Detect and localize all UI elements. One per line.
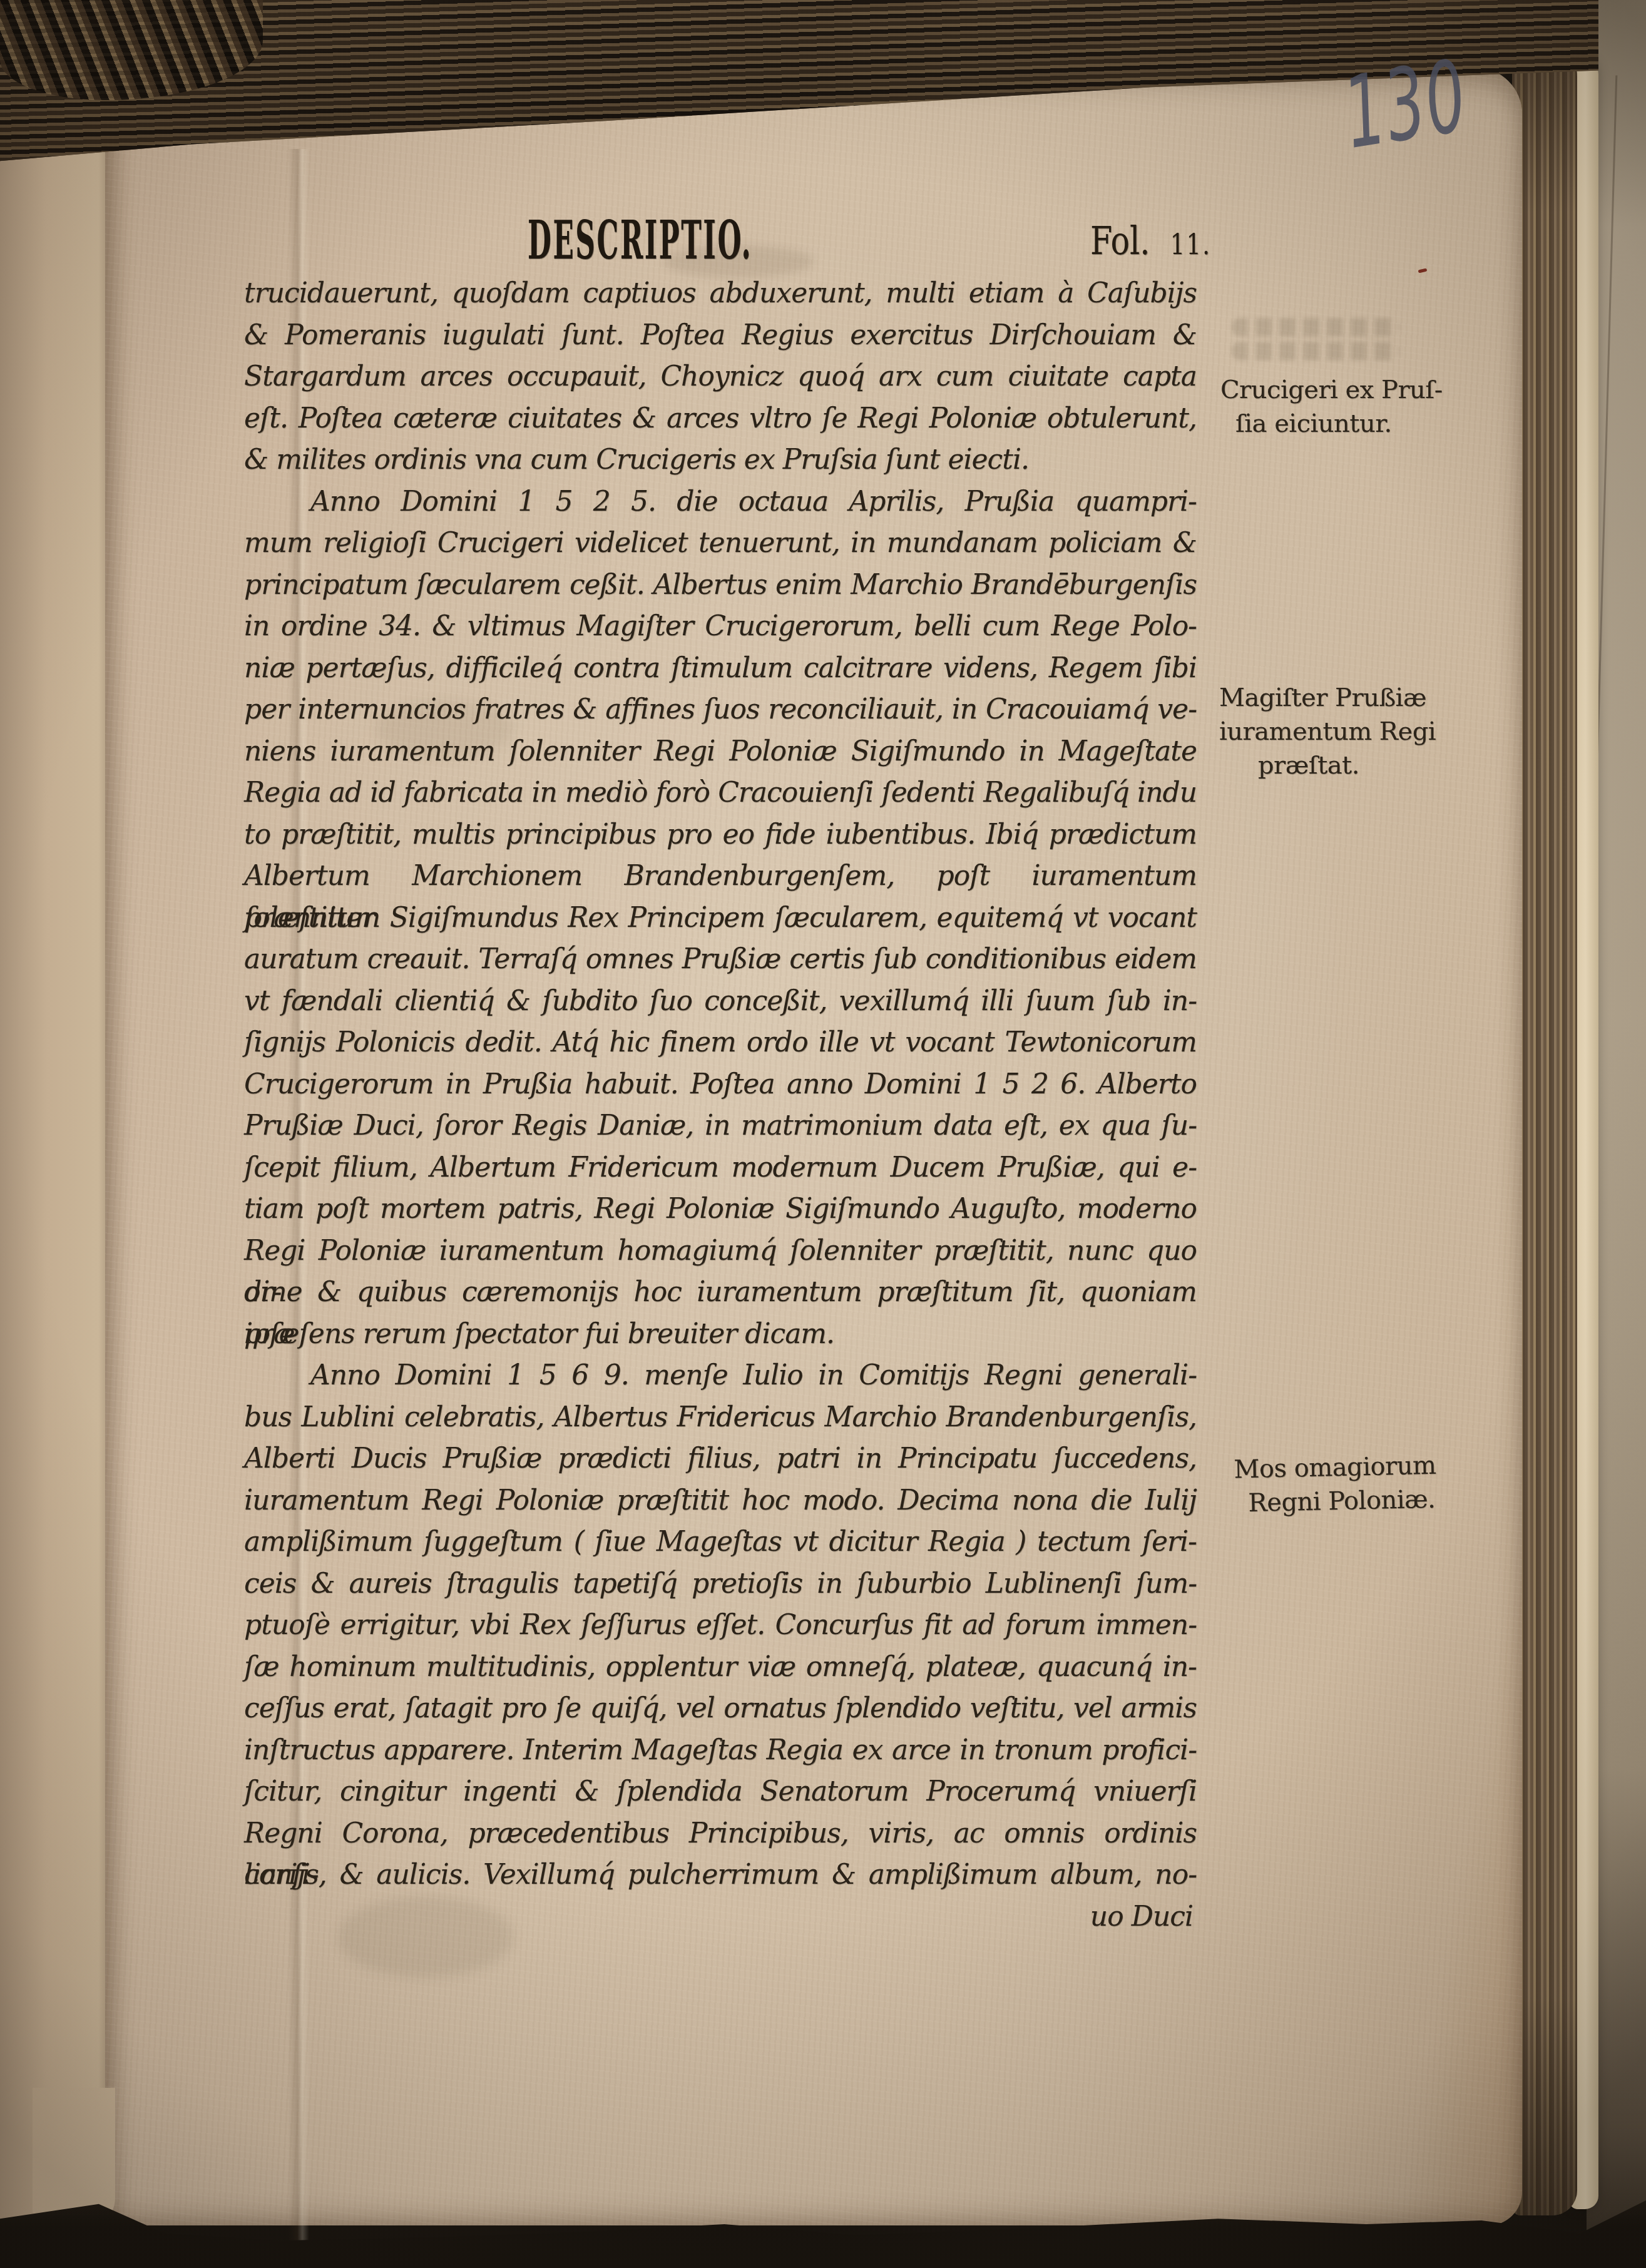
folio-number: Fol. 11. [1090,218,1211,263]
text-line: liarijs, & aulicis. Vexillumq́ pulcherri… [244,1854,1197,1896]
folio-value: 11. [1170,228,1212,261]
text-line: ſcitur, cingitur ingenti & ſplendida Sen… [244,1771,1197,1813]
show-through-ghost-text [1232,313,1399,378]
main-text: trucidauerunt, quoſdam captiuos abduxeru… [244,273,1197,1938]
text-line: & Pomeranis iugulati ſunt. Poſtea Regius… [244,315,1197,357]
margin-note-3: Mos omagiorumRegni Poloniæ. [1234,1449,1441,1521]
text-line: ceſſus erat, ſatagit pro ſe quiſq́, vel … [244,1688,1197,1730]
margin-note-line: Mos omagiorum [1234,1449,1441,1487]
text-line: Regi Poloniæ iuramentum homagiumq́ ſolen… [244,1230,1197,1272]
text-line: ſignijs Polonicis dedit. Atq́ hic finem … [244,1022,1197,1064]
margin-note-line: Regni Poloniæ. [1248,1483,1441,1520]
text-line: inſtructus apparere. Interim Mageſtas Re… [244,1730,1197,1772]
margin-note-line: Magiſter Prußiæ [1219,681,1426,715]
folio-label: Fol. [1090,218,1150,263]
text-line: eſt. Poſtea cæteræ ciuitates & arces vlt… [244,398,1197,440]
text-line: uo Duci [244,1896,1197,1938]
text-line: bus Lublini celebratis, Albertus Frideri… [244,1397,1197,1439]
margin-note-line: Crucigeri ex Pruſ- [1220,373,1427,407]
text-line: ptuoſè errigitur, vbi Rex ſeſſurus eſſet… [244,1605,1197,1647]
text-line: & milites ordinis vna cum Crucigeris ex … [244,439,1197,481]
text-line: iuramentum Regi Poloniæ præſtitit hoc mo… [244,1480,1197,1522]
margin-note-line: ſia eiciuntur. [1235,407,1427,441]
text-line: niens iuramentum ſolenniter Regi Poloniæ… [244,731,1197,773]
margin-note-line: iuramentum Regi [1219,715,1426,748]
margin-note-2: Magiſter Prußiæiuramentum Regipræſtat. [1219,681,1426,782]
text-line: dine & quibus cæremonijs hoc iuramentum … [244,1272,1197,1314]
text-line: vt fændali clientiq́ & ſubdito ſuo conce… [244,981,1197,1023]
text-line: Albertum Marchionem Brandenburgenſem, po… [244,856,1197,897]
text-line: præſens rerum ſpectator fui breuiter dic… [244,1314,1197,1356]
handwritten-page-number: 130 [1337,39,1475,171]
margin-note-line: præſtat. [1258,748,1426,782]
text-line: mum religioſi Crucigeri videlicet tenuer… [244,523,1197,564]
text-line: Alberti Ducis Prußiæ prædicti filius, pa… [244,1438,1197,1480]
text-line: tiam poſt mortem patris, Regi Poloniæ Si… [244,1188,1197,1230]
text-line: amplißimum ſuggeſtum ( ſiue Mageſtas vt … [244,1521,1197,1563]
text-line: ſæ hominum multitudinis, opplentur viæ o… [244,1647,1197,1688]
page-title: DESCRIPTIO. [528,209,752,271]
text-line: ceis & aureis ſtragulis tapetiſq́ pretio… [244,1563,1197,1605]
text-line: in ordine 34. & vltimus Magiſter Crucige… [244,606,1197,648]
text-line: ſcepit filium, Albertum Fridericum moder… [244,1147,1197,1189]
text-line: Prußiæ Duci, ſoror Regis Daniæ, in matri… [244,1105,1197,1147]
text-line: niæ pertæſus, difficileq́ contra ſtimulu… [244,648,1197,690]
text-line: Anno Domini 1 5 2 5. die octaua Aprilis,… [244,481,1197,523]
text-line: Regni Corona, præcedentibus Principibus,… [244,1813,1197,1855]
text-line: to præſtitit, multis principibus pro eo … [244,814,1197,856]
text-line: auratum creauit. Terraſq́ omnes Prußiæ c… [244,939,1197,981]
text-line: per internuncios fratres & affines ſuos … [244,689,1197,731]
text-line: Regia ad id fabricata in mediò forò Crac… [244,772,1197,814]
text-line: principatum ſæcularem ceßit. Albertus en… [244,564,1197,606]
text-line: Crucigerorum in Prußia habuit. Poſtea an… [244,1064,1197,1106]
text-line: præſtitum Sigiſmundus Rex Principem ſæcu… [244,897,1197,939]
text-line: Anno Domini 1 5 6 9. menſe Iulio in Comi… [244,1355,1197,1397]
gutter-under-pages [0,94,116,2234]
text-line: trucidauerunt, quoſdam captiuos abduxeru… [244,273,1197,315]
margin-note-1: Crucigeri ex Pruſ-ſia eiciuntur. [1220,373,1427,441]
book-scan-photo: 130 DESCRIPTIO. Fol. 11. trucidauerunt, … [0,0,1646,2268]
text-line: Stargardum arces occupauit, Choynicz quo… [244,356,1197,398]
